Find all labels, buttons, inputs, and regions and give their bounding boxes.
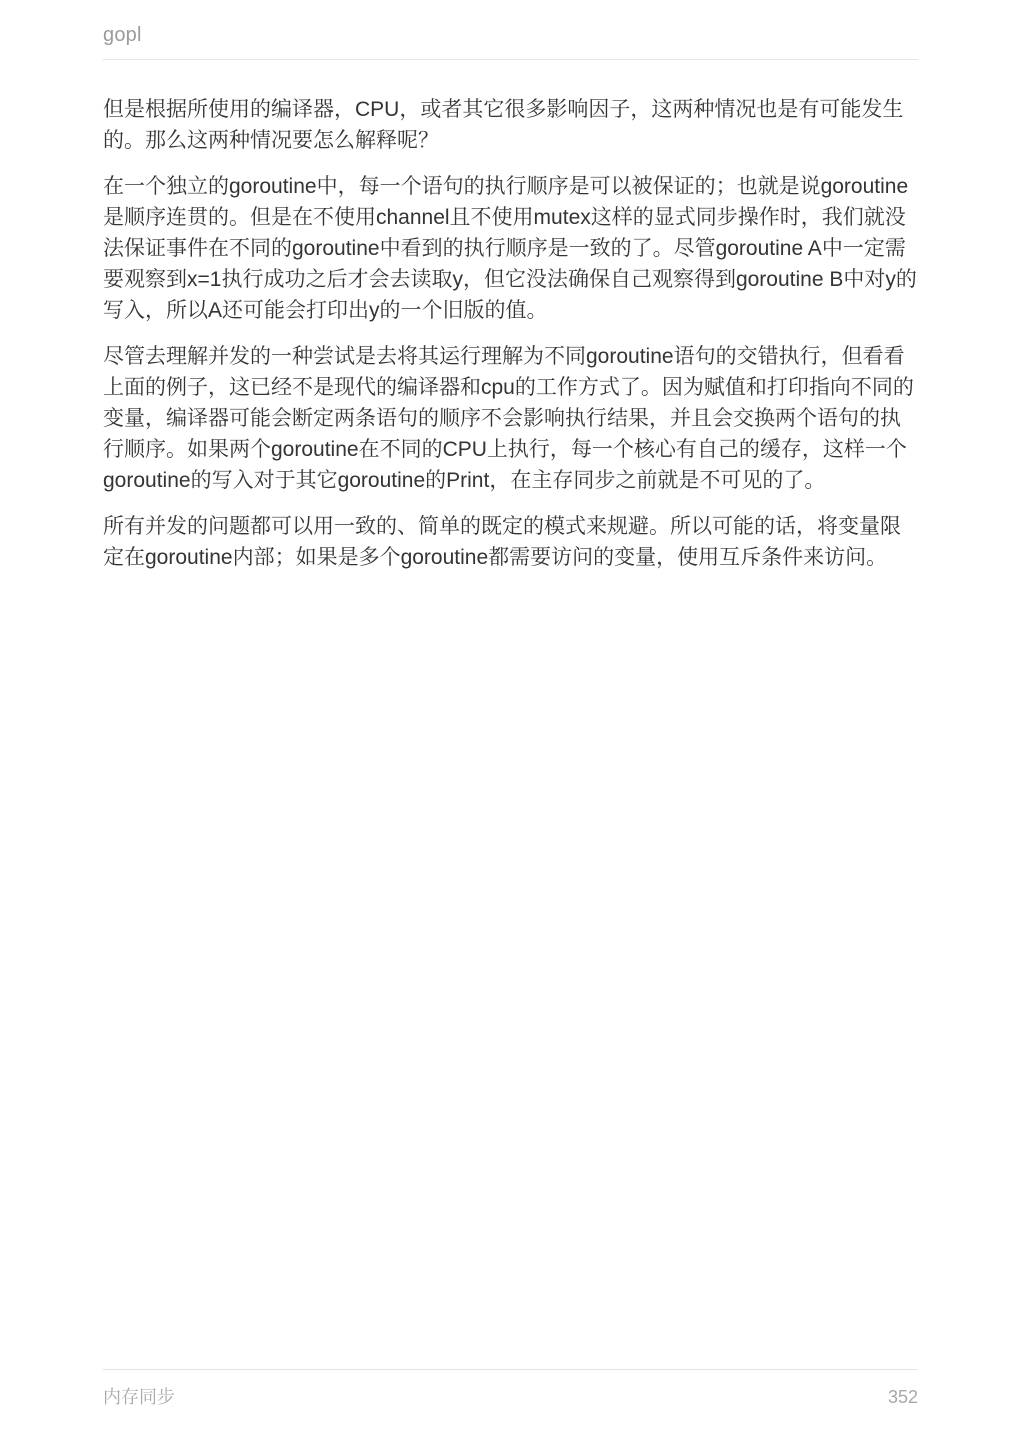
body-paragraph: 但是根据所使用的编译器，CPU，或者其它很多影响因子，这两种情况也是有可能发生的… (103, 94, 918, 156)
body-paragraph: 所有并发的问题都可以用一致的、简单的既定的模式来规避。所以可能的话，将变量限定在… (103, 511, 918, 573)
body-paragraph: 在一个独立的goroutine中，每一个语句的执行顺序是可以被保证的；也就是说g… (103, 171, 918, 326)
body-paragraph: 尽管去理解并发的一种尝试是去将其运行理解为不同goroutine语句的交错执行，… (103, 341, 918, 496)
page-body: 但是根据所使用的编译器，CPU，或者其它很多影响因子，这两种情况也是有可能发生的… (103, 60, 918, 573)
page-footer: 内存同步 352 (103, 1369, 918, 1409)
page-header: gopl (103, 0, 918, 60)
footer-section-title: 内存同步 (103, 1383, 175, 1409)
footer-page-number: 352 (888, 1387, 918, 1408)
book-title: gopl (103, 24, 142, 46)
document-page: gopl 但是根据所使用的编译器，CPU，或者其它很多影响因子，这两种情况也是有… (0, 0, 1019, 1440)
